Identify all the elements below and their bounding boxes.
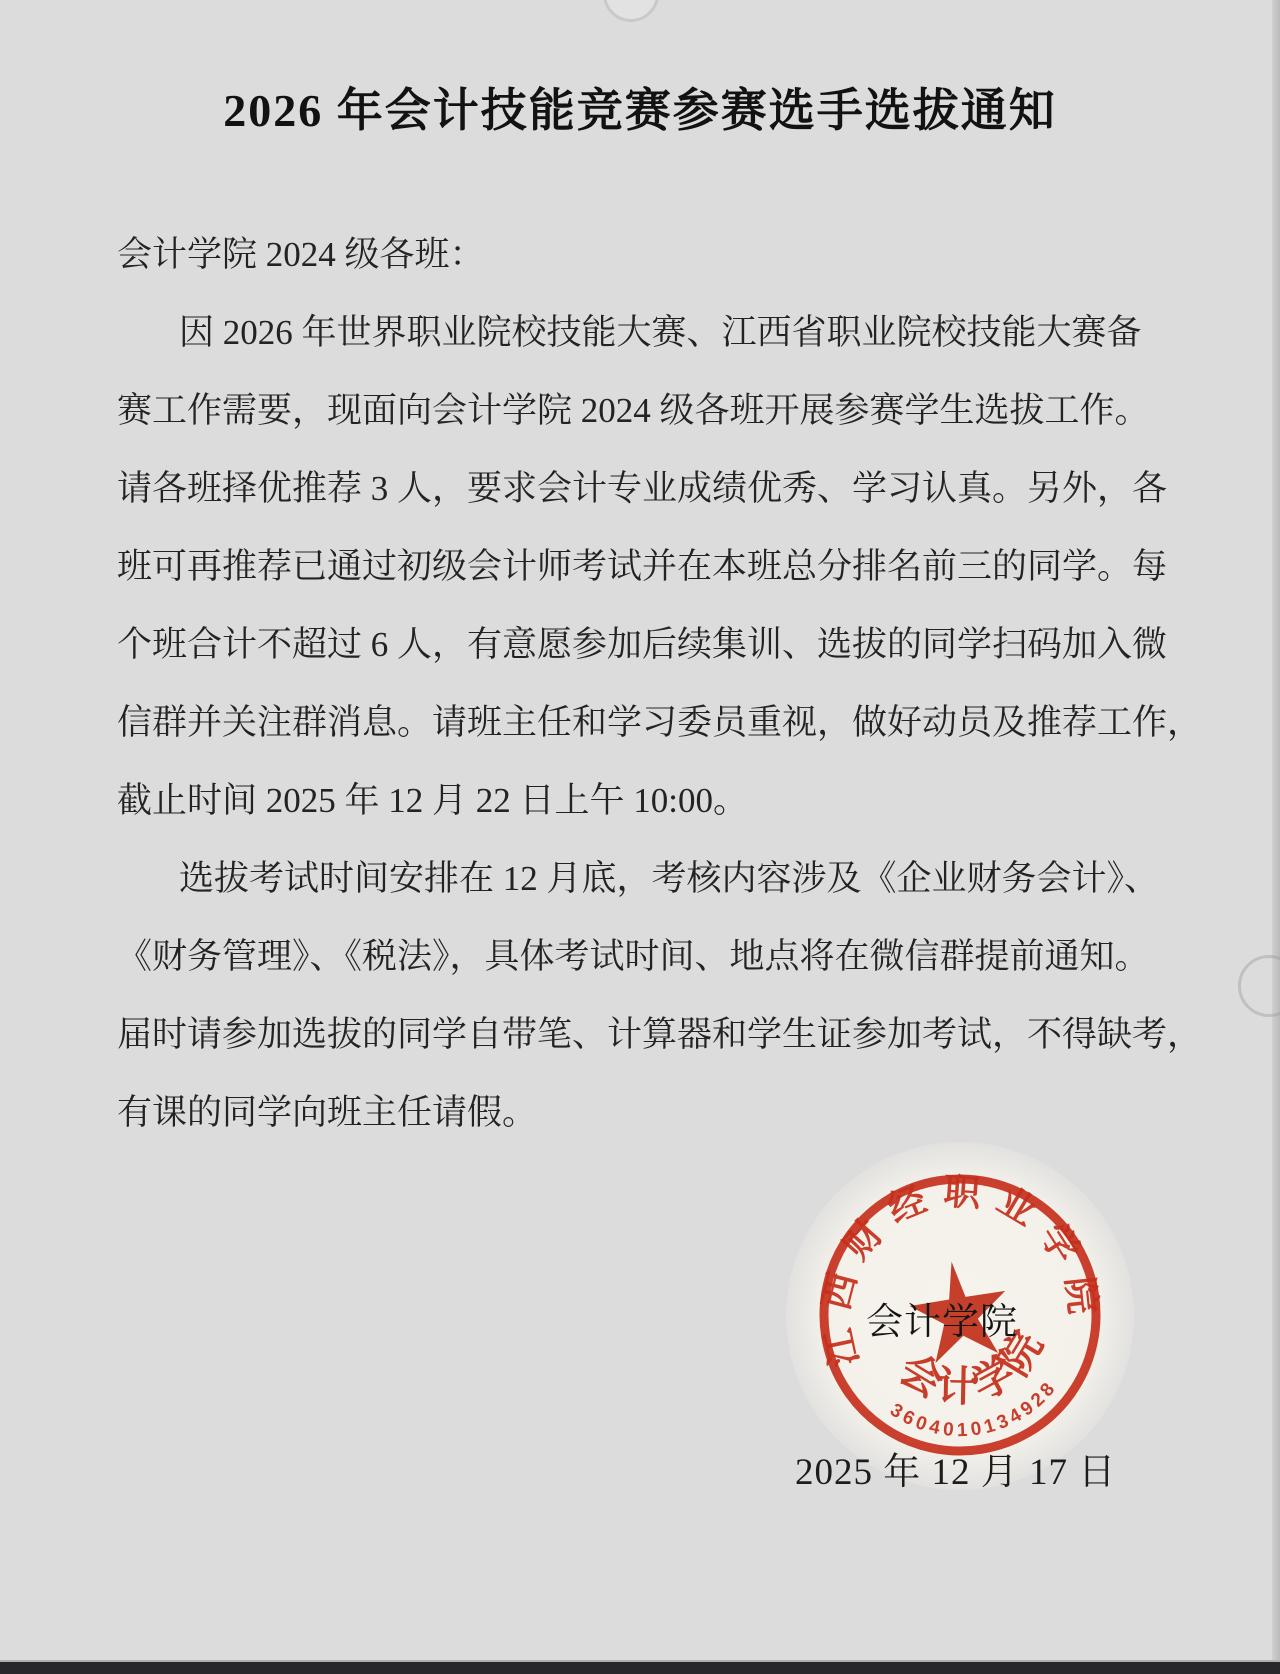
body-line: 信群并关注群消息。请班主任和学习委员重视，做好动员及推荐工作， <box>117 684 1212 762</box>
body-line: 请各班择优推荐 3 人，要求会计专业成绩优秀、学习认真。另外，各 <box>117 450 1212 528</box>
body-line: 届时请参加选拔的同学自带笔、计算器和学生证参加考试，不得缺考， <box>117 996 1212 1074</box>
top-notch-circle <box>603 0 659 22</box>
body-line: 选拔考试时间安排在 12 月底，考核内容涉及《企业财务会计》、 <box>117 840 1212 918</box>
notice-page: 2026 年会计技能竞赛参赛选手选拔通知 会计学院 2024 级各班：因 202… <box>0 0 1280 1674</box>
body-line: 截止时间 2025 年 12 月 22 日上午 10:00。 <box>117 762 1212 840</box>
signature: 会计学院 <box>866 1291 1018 1345</box>
body-line: 个班合计不超过 6 人，有意愿参加后续集训、选拔的同学扫码加入微 <box>117 606 1212 684</box>
notice-date: 2025 年 12 月 17 日 <box>795 1441 1116 1495</box>
body-line: 有课的同学向班主任请假。 <box>117 1074 1212 1152</box>
body-line: 《财务管理》、《税法》，具体考试时间、地点将在微信群提前通知。 <box>117 918 1212 996</box>
notice-title: 2026 年会计技能竞赛参赛选手选拔通知 <box>0 74 1280 140</box>
body-line: 赛工作需要，现面向会计学院 2024 级各班开展参赛学生选拔工作。 <box>117 372 1212 450</box>
body-line: 班可再推荐已通过初级会计师考试并在本班总分排名前三的同学。每 <box>117 528 1212 606</box>
faint-circle-watermark <box>1238 955 1280 1017</box>
bottom-bar <box>0 1660 1280 1674</box>
page-edge-strip <box>1272 0 1280 1674</box>
body-line: 因 2026 年世界职业院校技能大赛、江西省职业院校技能大赛备 <box>117 294 1212 372</box>
body-line: 会计学院 2024 级各班： <box>117 216 1212 294</box>
notice-body: 会计学院 2024 级各班：因 2026 年世界职业院校技能大赛、江西省职业院校… <box>117 216 1212 1152</box>
